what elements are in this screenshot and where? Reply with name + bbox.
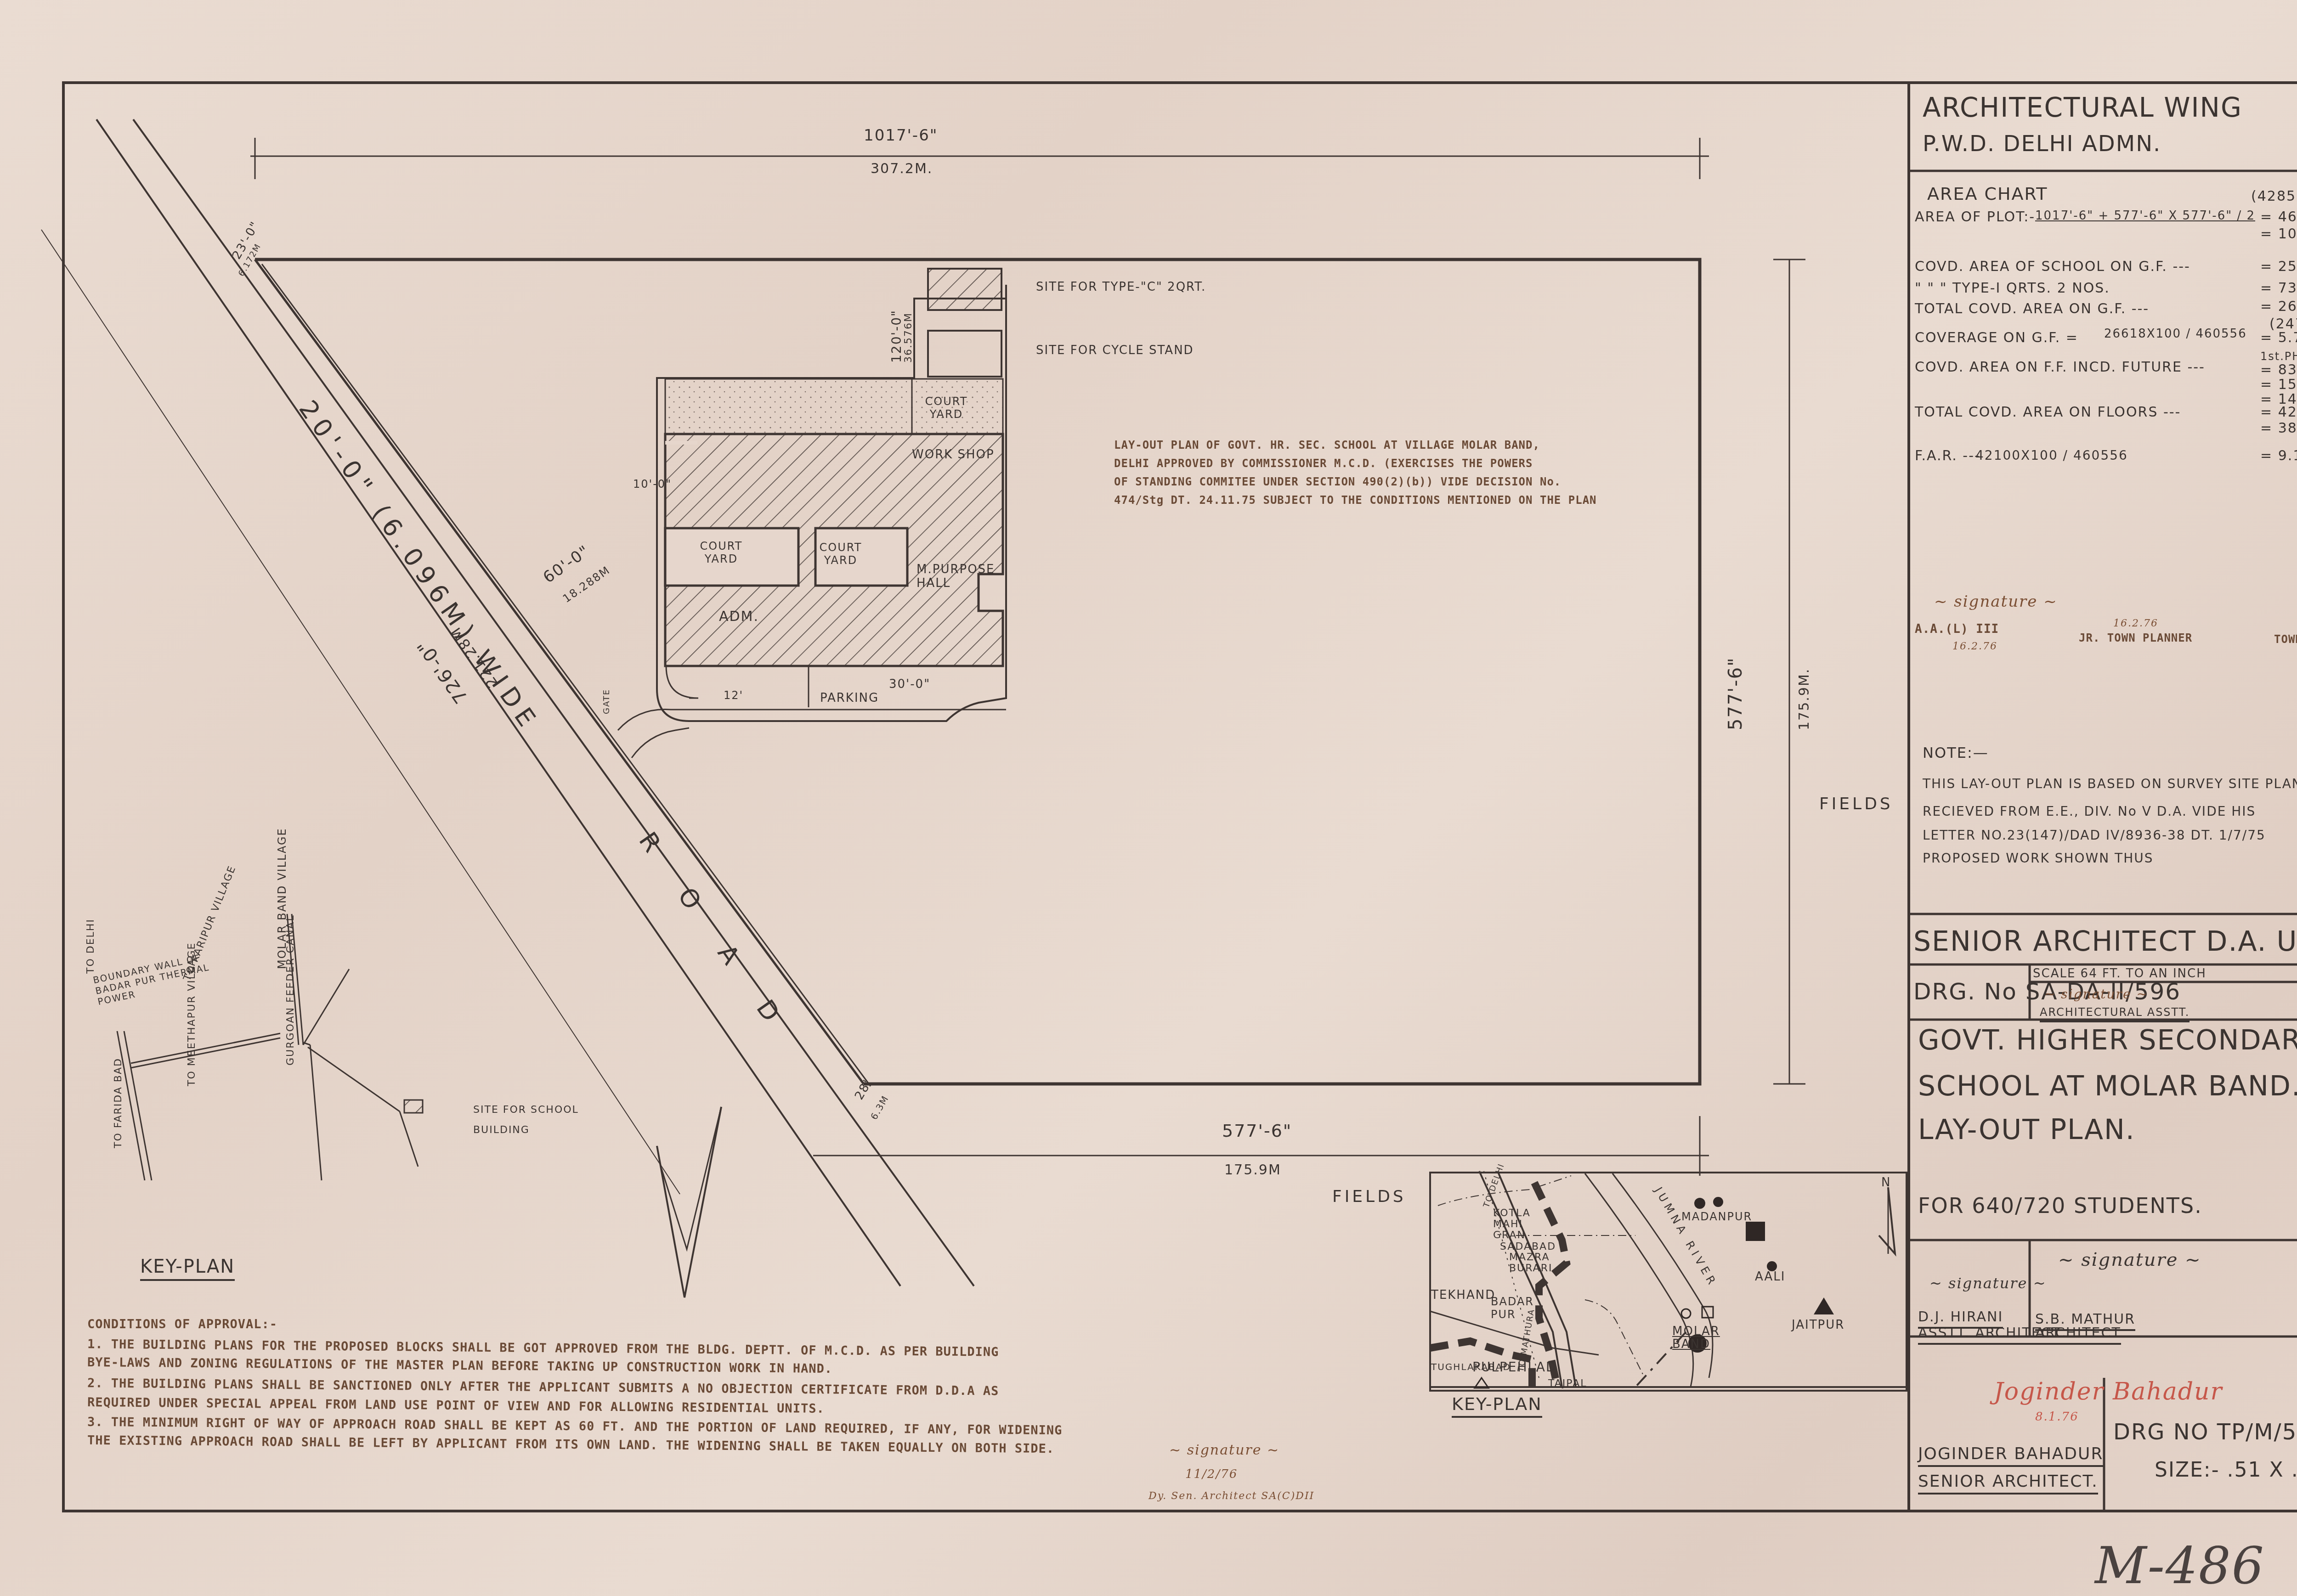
dim-top-ft: 1017'-6" <box>864 126 938 145</box>
kp-right-title: KEY-PLAN <box>1452 1394 1542 1418</box>
kpr-molar-band: MOLAR BAND <box>1672 1325 1727 1351</box>
label-workshop: WORK SHOP <box>912 448 995 462</box>
senior-name: JOGINDER BAHADUR <box>1918 1444 2103 1467</box>
kpr-tajpal: TAJPAL <box>1548 1378 1587 1389</box>
kp-site-school: SITE FOR SCHOOL BUILDING <box>473 1100 606 1140</box>
coverage-value: = 5.76% <box>2260 330 2297 346</box>
conditions-signoff-role: Dy. Sen. Architect SA(C)DII <box>1148 1490 1314 1502</box>
conditions-signature: ~ signature ~ <box>1169 1442 1279 1458</box>
covd-ff-value: = 8366 + 7116 <box>2260 362 2297 378</box>
far-value: = 9.14 <box>2260 448 2297 464</box>
project-title-line2: SCHOOL AT MOLAR BAND. <box>1918 1070 2297 1102</box>
date-jr-town-planner: 16.2.76 <box>2113 618 2158 629</box>
date-aa: 16.2.76 <box>1952 641 1997 652</box>
dim-right-m: 175.9M. <box>1796 668 1812 730</box>
note-line-1: THIS LAY-OUT PLAN IS BASED ON SURVEY SIT… <box>1923 776 2297 791</box>
label-type-c-qrt: SITE FOR TYPE-"C" 2QRT. <box>1036 280 1206 294</box>
kpr-tekhand: TEKHAND <box>1431 1288 1495 1302</box>
note-heading: NOTE:— <box>1923 744 1989 761</box>
approval-stamp-line4: 474/Stg DT. 24.11.75 SUBJECT TO THE COND… <box>1114 494 1597 507</box>
area-plot-note: (42850) SQ.M <box>2251 188 2297 204</box>
kpr-badarpur: BADAR PUR <box>1491 1295 1528 1321</box>
covd-ff-sqft: = 15482.00 SQ.FT. <box>2260 377 2297 393</box>
org-name-line2: P.W.D. DELHI ADMN. <box>1923 131 2161 157</box>
covd-area-qrts-value: = 730.00 SQ.FT. <box>2260 280 2297 296</box>
kp-to-faridabad: TO FARIDA BAD <box>113 1058 124 1148</box>
label-cycle-stand: SITE FOR CYCLE STAND <box>1036 344 1194 357</box>
dim-top-m: 307.2M. <box>871 161 933 177</box>
far-formula: 42100X100 / 460556 <box>1975 448 2128 463</box>
label-court-yard-top: COURT YARD <box>919 395 974 421</box>
approval-stamp-line3: OF STANDING COMMITEE UNDER SECTION 490(2… <box>1114 475 1561 488</box>
label-court-yard-left: COURT YARD <box>694 540 749 565</box>
dim-north-ft: 120'-0" <box>889 310 904 363</box>
conditions-signoff-date: 11/2/76 <box>1185 1467 1238 1481</box>
drawing-scale: SCALE 64 FT. TO AN INCH <box>2033 967 2206 981</box>
note-line-3: LETTER NO.23(147)/DAD IV/8936-38 DT. 1/7… <box>1923 828 2266 843</box>
kpr-jaitpur: JAITPUR <box>1792 1318 1844 1332</box>
project-title-line4: FOR 640/720 STUDENTS. <box>1918 1193 2202 1218</box>
label-court-yard-mid: COURT YARD <box>813 541 868 567</box>
org-name-line1: ARCHITECTURAL WING <box>1923 92 2242 123</box>
dim-gate-12a: 12' <box>724 689 743 702</box>
project-title-line1: GOVT. HIGHER SECONDARY <box>1918 1024 2297 1056</box>
senior-sign-date: 8.1.76 <box>2035 1410 2079 1424</box>
ff-phase-header: 1st.PHASE FUTURE <box>2260 350 2297 363</box>
kpr-tughlakabad: TUGHLAKABAD <box>1431 1362 1468 1372</box>
project-title-line3: LAY-OUT PLAN. <box>1918 1114 2135 1146</box>
area-chart-heading: AREA CHART <box>1927 184 2048 204</box>
dim-parking: 30'-0" <box>889 677 930 691</box>
note-line-4: PROPOSED WORK SHOWN THUS <box>1923 851 2154 866</box>
dim-side: 10'-0" <box>633 478 672 491</box>
area-plot-formula: 1017'-6" + 577'-6" X 577'-6" / 2 <box>2035 209 2255 223</box>
total-floors-sqft: = 42100.00 SQ.FT. <box>2260 404 2297 420</box>
senior-signature: Joginder Bahadur <box>1994 1378 2223 1405</box>
dim-bottom-ft: 577'-6" <box>1222 1121 1292 1141</box>
role-jr-town-planner: JR. TOWN PLANNER <box>2079 632 2192 644</box>
dim-bottom-m: 175.9M <box>1224 1162 1281 1178</box>
coverage-label: COVERAGE ON G.F. = <box>1915 330 2078 346</box>
total-floors-label: TOTAL COVD. AREA ON FLOORS --- <box>1915 404 2181 420</box>
total-covd-gf-value: = 26618.00 SQ.FT. <box>2260 299 2297 315</box>
far-label: F.A.R. --- <box>1915 448 1980 464</box>
covd-area-school-value: = 25888.00 SQ.FT. <box>2260 259 2297 275</box>
total-floors-sqm: = 3891.00 SQ.M. <box>2260 420 2297 436</box>
area-plot-label: AREA OF PLOT:- <box>1915 209 2035 225</box>
area-plot-value: = 460556 □ <box>2260 209 2297 225</box>
covd-area-school-label: COVD. AREA OF SCHOOL ON G.F. --- <box>1915 259 2190 275</box>
fields-right-label: FIELDS <box>1819 795 1893 813</box>
site-plan-linework <box>0 0 2297 1596</box>
role-town-planner: TOWN PLANNER <box>2274 633 2297 646</box>
total-covd-gf-label: TOTAL COVD. AREA ON G.F. --- <box>1915 301 2149 317</box>
approval-stamp-line2: DELHI APPROVED BY COMMISSIONER M.C.D. (E… <box>1114 457 1533 470</box>
kpr-madanpur: MADANPUR <box>1681 1210 1752 1223</box>
approver-2-role: ARCHITECT <box>2035 1325 2121 1345</box>
kp-left-title: KEY-PLAN <box>140 1256 235 1281</box>
office-name: SENIOR ARCHITECT D.A. UNIT-II <box>1913 925 2297 958</box>
dim-north-m: 36.576M <box>903 312 914 363</box>
sheet-size: SIZE:- .51 X .68 = .3465 □M. <box>2155 1458 2297 1482</box>
covd-ff-label: COVD. AREA ON F.F. INCD. FUTURE --- <box>1915 359 2205 375</box>
role-aa: A.A.(L) III <box>1915 622 1999 636</box>
fields-bottom-label: FIELDS <box>1332 1187 1406 1206</box>
kpr-sadabad: SADABAD <box>1500 1241 1556 1252</box>
label-mp-hall: M.PURPOSE HALL <box>917 563 1004 590</box>
kp-to-delhi: TO DELHI <box>85 919 96 974</box>
covd-area-qrts-label: " " " TYPE-I QRTS. 2 NOS. <box>1915 280 2110 296</box>
label-parking: PARKING <box>820 691 879 705</box>
conditions-heading: CONDITIONS OF APPROVAL:- <box>87 1317 277 1331</box>
label-adm: ADM. <box>719 609 759 625</box>
tp-drawing-number: DRG NO TP/M/5486 <box>2113 1419 2297 1445</box>
archive-number: M-486 <box>2095 1536 2265 1595</box>
mathur-signature: ~ signature ~ <box>2058 1249 2201 1270</box>
kpr-mazra-burari: MAZRA BURARI <box>1509 1252 1555 1274</box>
hirani-signature: ~ signature ~ <box>1929 1275 2047 1292</box>
kpr-north-arrow: N <box>1881 1176 1891 1190</box>
dim-right-ft: 577'-6" <box>1725 657 1746 730</box>
area-plot-acres: = 10.57 ACS <box>2260 226 2297 242</box>
senior-role: SENIOR ARCHITECT. <box>1918 1472 2098 1494</box>
arch-asst-role: ARCHITECTURAL ASSTT. <box>2040 1006 2190 1022</box>
approval-stamp-line1: LAY-OUT PLAN OF GOVT. HR. SEC. SCHOOL AT… <box>1114 439 1540 451</box>
label-gate: GATE <box>602 689 611 714</box>
arch-asst-signature: ~ signature ~ <box>2044 987 2148 1002</box>
kpr-aali: AALI <box>1755 1270 1785 1284</box>
signature-aa: ~ signature ~ <box>1934 592 2058 611</box>
kpr-kotla: KOTLA MAHI GRAN <box>1493 1208 1539 1241</box>
coverage-formula: 26618X100 / 460556 <box>2104 327 2247 341</box>
note-line-2: RECIEVED FROM E.E., DIV. No V D.A. VIDE … <box>1923 804 2256 819</box>
